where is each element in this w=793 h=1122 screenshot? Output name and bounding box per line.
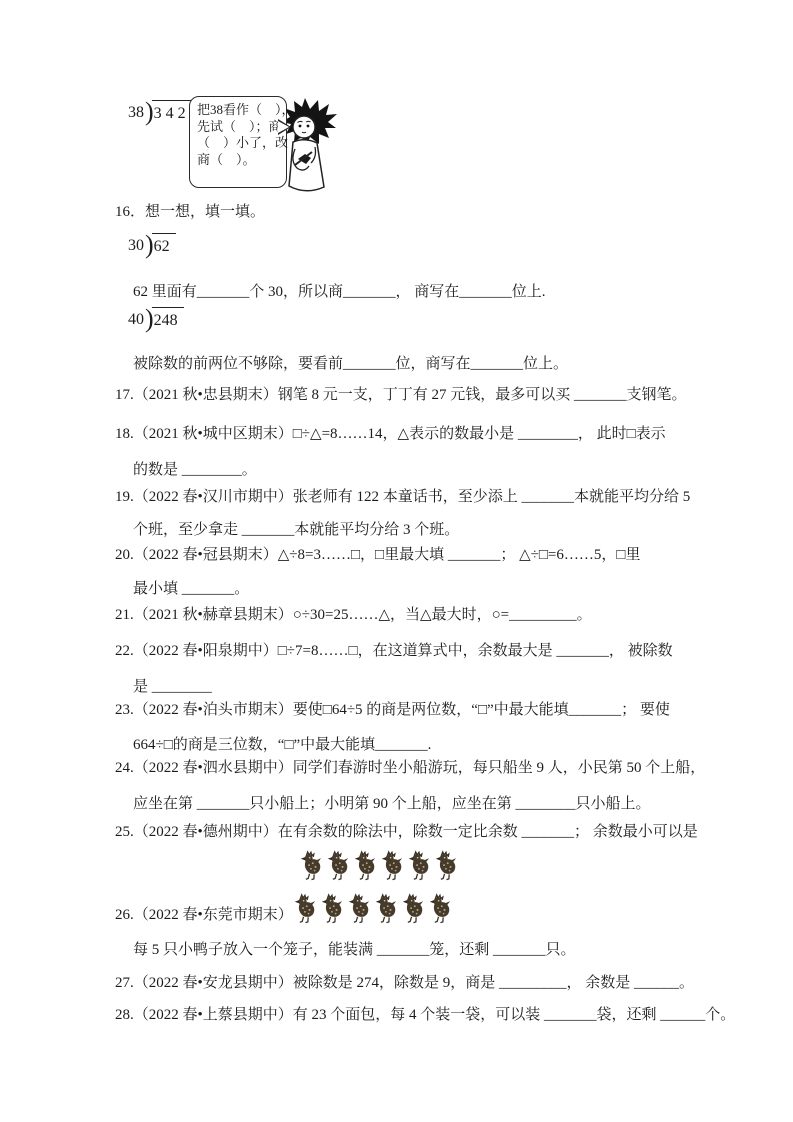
division-bracket-icon: ) <box>145 308 154 330</box>
divisor: 30 <box>128 233 144 255</box>
duckling-icon <box>427 891 451 927</box>
question-23-line-1: 23.（2022 春•泊头市期末）要使□64÷5 的商是两位数，“□”中最大能填… <box>115 701 670 720</box>
duckling-icon <box>433 848 457 884</box>
bubble-text-line: （ ）小了，改 <box>197 135 279 152</box>
duckling-icon <box>292 891 316 927</box>
duckling-icon <box>325 848 349 884</box>
duckling-row-1 <box>298 848 457 884</box>
question-17-line-1: 17.（2021 秋•忠县期末）钢笔 8 元一支，丁丁有 27 元钱，最多可以买… <box>115 386 687 405</box>
worksheet-page: 38)3 4 2 把38看作（ ）， 先试（ ）；商 （ ）小了，改 商（ ）。… <box>0 0 793 1122</box>
division-bracket-icon: ) <box>145 101 154 123</box>
bubble-text-line: 商（ ）。 <box>197 152 279 169</box>
division-bracket-icon: ) <box>145 234 154 256</box>
question-16-title: 16．想一想，填一填。 <box>115 203 265 222</box>
question-24-line-1: 24.（2022 春•泗水县期中）同学们春游时坐小船游玩，每只船坐 9 人，小民… <box>115 759 705 778</box>
duckling-icon <box>352 848 376 884</box>
duckling-row-2 <box>292 891 451 927</box>
question-20-line-2: 最小填 _______。 <box>133 580 249 599</box>
dividend: 62 <box>152 233 176 256</box>
question-28-line-1: 28.（2022 春•上蔡县期中）有 23 个面包，每 4 个装一袋，可以装 _… <box>115 1006 735 1025</box>
duckling-icon <box>373 891 397 927</box>
duckling-icon <box>346 891 370 927</box>
divisor: 38 <box>128 100 144 122</box>
question-19-line-1: 19.（2022 春•汉川市期中）张老师有 122 本童话书，至少添上 ____… <box>115 488 690 507</box>
question-18-line-2: 的数是 ________。 <box>133 461 257 480</box>
divisor: 40 <box>128 307 144 329</box>
question-22-line-1: 22.（2022 春•阳泉期中）□÷7=8……□，在这道算式中，余数最大是 __… <box>115 642 673 661</box>
question-19-line-2: 个班，至少拿走 _______本就能平均分给 3 个班。 <box>133 521 459 540</box>
question-16-fill-2: 被除数的前两位不够除，要看前_______位，商写在_______位上。 <box>133 355 568 374</box>
question-24-line-2: 应坐在第 _______只小船上；小明第 90 个上船，应坐在第 _______… <box>133 795 651 814</box>
duckling-icon <box>400 891 424 927</box>
question-27-line-1: 27.（2022 春•安龙县期中）被除数是 274，除数是 9，商是 _____… <box>115 974 694 993</box>
division-expression-38-342: 38)3 4 2 <box>128 100 192 123</box>
duckling-icon <box>406 848 430 884</box>
dividend: 3 4 2 <box>152 100 192 123</box>
speech-bubble: 把38看作（ ）， 先试（ ）；商 （ ）小了，改 商（ ）。 <box>189 96 287 188</box>
duckling-icon <box>379 848 403 884</box>
question-22-line-2: 是 ________ <box>133 678 212 697</box>
question-25-line-1: 25.（2022 春•德州期中）在有余数的除法中，除数一定比余数 _______… <box>115 823 698 842</box>
bubble-text-line: 把38看作（ ）， <box>197 102 279 119</box>
division-expression-30-62: 30)62 <box>128 233 176 256</box>
duckling-icon <box>298 848 322 884</box>
duckling-icon <box>319 891 343 927</box>
division-expression-40-248: 40)248 <box>128 307 184 330</box>
question-26-label: 26.（2022 春•东莞市期末） <box>115 906 293 925</box>
dividend: 248 <box>152 307 184 330</box>
question-18-line-1: 18.（2021 秋•城中区期末）□÷△=8……14，△表示的数最小是 ____… <box>115 425 666 444</box>
bubble-text-line: 先试（ ）；商 <box>197 119 279 136</box>
question-21-line-1: 21.（2021 秋•赫章县期末）○÷30=25……△，当△最大时，○=____… <box>115 606 592 625</box>
question-20-line-1: 20.（2022 春•冠县期末）△÷8=3……□，□里最大填 _______； … <box>115 546 640 565</box>
question-26-line-1: 每 5 只小鸭子放入一个笼子，能装满 _______笼，还剩 _______只。 <box>133 941 576 960</box>
question-16-fill-1: 62 里面有_______个 30，所以商_______， 商写在_______… <box>133 283 546 302</box>
question-23-line-2: 664÷□的商是三位数，“□”中最大能填_______. <box>133 736 431 755</box>
